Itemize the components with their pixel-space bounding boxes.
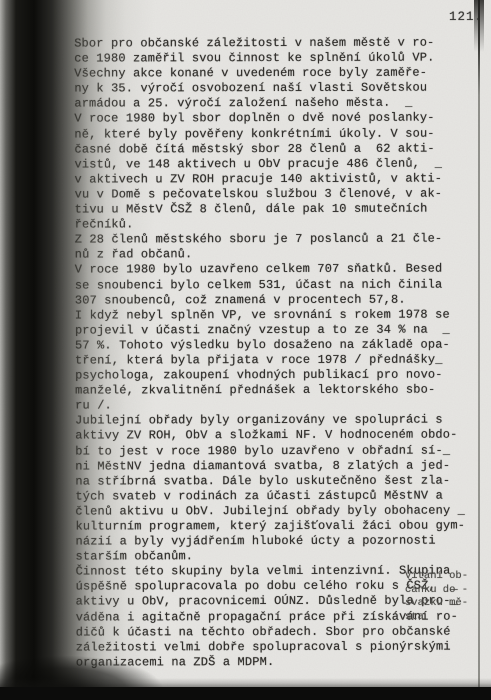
body-line: ce 1980 zaměřil svou činnost ke splnění … <box>74 51 476 67</box>
body-line: členů aktivu u ObV. Jubilejní obřady byl… <box>75 503 477 519</box>
body-line: ru /. <box>75 398 477 414</box>
body-line: starším občanům. <box>76 549 478 565</box>
body-line: I když nebyl splněn VP, ve srovnání s ro… <box>75 307 477 323</box>
margin-note-line: sta <box>405 611 468 625</box>
body-line: 307 snoubenců, což znamená v procentech … <box>75 292 477 308</box>
body-line: ni MěstNV jedna diamantová svatba, 8 zla… <box>75 458 477 474</box>
body-line: vu v Domě s pečovatelskou službou 3 člen… <box>75 186 477 202</box>
body-line: časné době čítá městský sbor 28 členů a … <box>74 141 476 157</box>
body-line: bí to jest v roce 1980 bylo uzavřeno v o… <box>75 443 477 459</box>
body-line: Sbor pro občanské záležitosti v našem mě… <box>74 35 476 51</box>
body-line: aktivy ZV ROH, ObV a složkami NF. V hodn… <box>75 428 477 444</box>
body-line: řečníků. <box>75 217 477 233</box>
body-line: vistů, ve 148 aktivech u ObV pracuje 486… <box>74 156 476 172</box>
body-line: Jubilejní obřady byly organizovány ve sp… <box>75 413 477 429</box>
body-line: armádou a 25. výročí založení našeho měs… <box>74 96 476 112</box>
page-right-edge-line <box>478 0 480 687</box>
bottom-edge-shadow <box>0 678 491 687</box>
body-line: manželé, zkvalitnění přednášek a lektors… <box>75 383 477 399</box>
margin-note: Vítání ob-čánku do -svazku mě-sta <box>405 570 468 624</box>
body-line: se snoubenci bylo celkem 531, účast na n… <box>75 277 477 293</box>
body-line: kulturním programem, který zajišťovali ž… <box>75 518 477 534</box>
body-line: tých svateb v rodinách za účasti zástupc… <box>75 488 477 504</box>
body-line: Všechny akce konané v uvedeném roce byly… <box>74 66 476 82</box>
scanned-document-page: 121. Sbor pro občanské záležitosti v naš… <box>0 0 491 700</box>
body-line: dičů k účasti na těchto obřadech. Sbor p… <box>76 624 478 640</box>
body-line: v aktivech u ZV ROH pracuje 140 aktivist… <box>75 171 477 187</box>
body-line: tření, která byla přijata v roce 1978 / … <box>75 352 477 368</box>
body-line: organizacemi na ZDŠ a MDPM. <box>76 654 478 670</box>
body-line: tivu u MěstV ČSŽ 8 členů, dále pak 10 sm… <box>75 202 477 218</box>
body-line: názií a byly vyjádřením hluboké úcty a p… <box>75 534 477 550</box>
body-line: nů z řad občanů. <box>75 247 477 263</box>
body-line: na stříbrná svatba. Dále bylo uskutečněn… <box>75 473 477 489</box>
body-line: psychologa, zakoupení vhodných publikací… <box>75 368 477 384</box>
margin-note-line: Vítání ob- <box>405 570 468 584</box>
body-line: ně, které byly pověřeny konkrétními úkol… <box>74 126 476 142</box>
body-line: Z 28 členů městského sboru je 7 poslanců… <box>75 232 477 248</box>
body-line: ny k 35. výročí osvobození naší vlasti S… <box>74 81 476 97</box>
body-line: záležitosti velmi dobře spolupracoval s … <box>76 639 478 655</box>
body-line: V roce 1980 bylo uzavřeno celkem 707 sňa… <box>75 262 477 278</box>
margin-note-line: čánku do - <box>405 584 468 598</box>
body-line: V roce 1980 byl sbor doplněn o dvě nové … <box>74 111 476 127</box>
body-line: projevil v účasti značný vzestup a to ze… <box>75 322 477 338</box>
body-line: 57 %. Tohoto výsledku bylo dosaženo na z… <box>75 337 477 353</box>
book-bottom-edge <box>0 687 491 700</box>
margin-note-line: svazku mě- <box>405 597 468 611</box>
